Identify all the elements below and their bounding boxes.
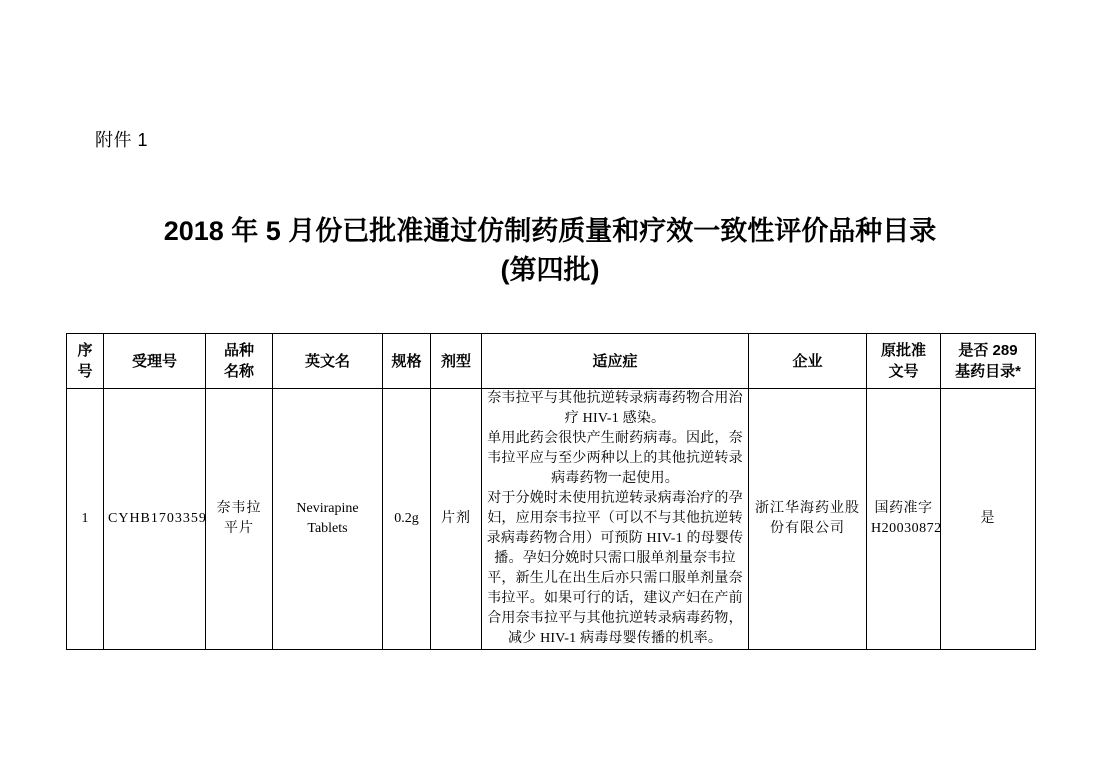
column-header-seq: 序 号 [67,334,104,389]
spec-cell: 0.2g [383,389,431,650]
in-289-list-cell: 是 [941,389,1036,650]
column-header-original-approval-no: 原批准 文号 [867,334,941,389]
document-title: 2018 年 5 月份已批准通过仿制药质量和疗效一致性评价品种目录 (第四批) [0,212,1100,290]
product-name-cell: 奈韦拉平片 [206,389,273,650]
indication-paragraph-1: 奈韦拉平与其他抗逆转录病毒药物合用治疗 HIV-1 感染。 [486,389,744,429]
title-line-main: 2018 年 5 月份已批准通过仿制药质量和疗效一致性评价品种目录 [0,212,1100,251]
title-line-batch: (第四批) [0,251,1100,290]
indication-paragraph-3: 对于分娩时未使用抗逆转录病毒治疗的孕妇，应用奈韦拉平（可以不与其他抗逆转录病毒药… [486,489,744,649]
company-cell: 浙江华海药业股份有限公司 [749,389,867,650]
approval-table: 序 号 受理号 品种 名称 英文名 规格 剂型 适应症 企业 原批准 文号 是否… [66,333,1036,650]
document-page: 附件 1 2018 年 5 月份已批准通过仿制药质量和疗效一致性评价品种目录 (… [0,0,1100,778]
indications-cell: 奈韦拉平与其他抗逆转录病毒药物合用治疗 HIV-1 感染。 单用此药会很快产生耐… [482,389,749,650]
column-header-indications: 适应症 [482,334,749,389]
indication-paragraph-2: 单用此药会很快产生耐药病毒。因此，奈韦拉平应与至少两种以上的其他抗逆转录病毒药物… [486,429,744,489]
column-header-spec: 规格 [383,334,431,389]
original-approval-no-cell: 国药准字 H20030872 [867,389,941,650]
english-name-cell: Nevirapine Tablets [273,389,383,650]
column-header-acceptance-no: 受理号 [104,334,206,389]
column-header-product-name: 品种 名称 [206,334,273,389]
seq-cell: 1 [67,389,104,650]
dosage-form-cell: 片剂 [431,389,482,650]
column-header-english-name: 英文名 [273,334,383,389]
table-header-row: 序 号 受理号 品种 名称 英文名 规格 剂型 适应症 企业 原批准 文号 是否… [67,334,1036,389]
column-header-dosage-form: 剂型 [431,334,482,389]
attachment-label: 附件 1 [95,126,148,152]
table-row: 1 CYHB1703359 奈韦拉平片 Nevirapine Tablets 0… [67,389,1036,650]
acceptance-no-cell: CYHB1703359 [104,389,206,650]
column-header-289-list: 是否 289 基药目录* [941,334,1036,389]
column-header-company: 企业 [749,334,867,389]
